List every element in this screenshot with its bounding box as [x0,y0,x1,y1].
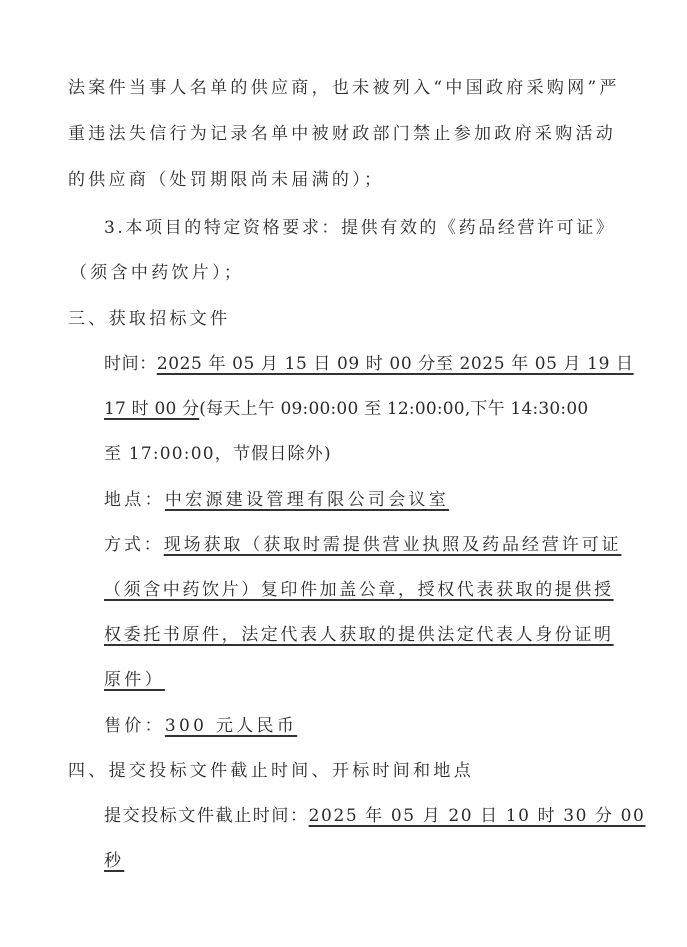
document-page-lower [0,0,687,947]
